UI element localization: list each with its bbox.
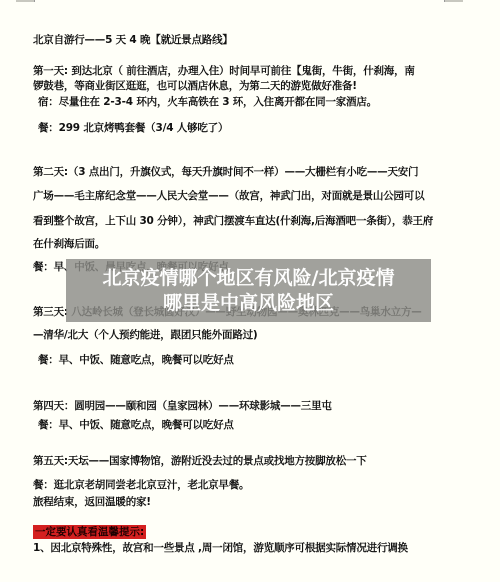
day1-lodging: 宿：尽量住在 2-3-4 环内，火车高铁在 3 环，入住离开都在同一家酒店。: [38, 96, 377, 109]
day3-meal: 餐：早、中饭、随意吃点，晚餐可以吃好点: [38, 354, 234, 367]
day5-meal: 餐：逛北京老胡同尝老北京豆汁，老北京早餐。: [33, 479, 249, 492]
day5-line1: 第五天:天坛——国家博物馆，游附近没去过的景点或找地方按脚放松一下: [33, 455, 367, 468]
trip-end: 旅程结束，返回温暖的家!: [33, 496, 151, 509]
day2-line1: 第二天:（3 点出门，升旗仪式，每天升旗时间不一样）——大栅栏有小吃——天安门: [33, 166, 418, 179]
day3-line2: —清华/北大（个人预约能进，跟团只能外面路过): [33, 329, 258, 342]
tips-heading: 一定要认真看温馨提示:: [33, 525, 146, 539]
day2-line4: 在什刹海后面。: [33, 238, 105, 251]
overlay-title-line1: 北京疫情哪个地区有风险/北京疫情: [103, 266, 395, 291]
tip-item-1: 1、因北京特殊性，故宫和一些景点 ,周一闭馆，游览顺序可根据实际情况进行调换: [33, 542, 408, 555]
day4-meal: 餐：早、中饭、随意吃点，晚餐可以吃好点: [38, 419, 234, 432]
day2-line2: 广场——毛主席纪念堂——人民大会堂——（故宫，神武门出，对面就是景山公园可以: [33, 190, 424, 203]
page-corner-mark-right: [444, 0, 463, 2]
document-title: 北京自游行——5 天 4 晚【就近景点路线】: [33, 34, 233, 47]
title-overlay-banner: 北京疫情哪个地区有风险/北京疫情 哪里是中高风险地区: [66, 259, 431, 322]
overlay-title-line2: 哪里是中高风险地区: [163, 291, 334, 316]
day1-line1: 第一天: 到达北京（ 前往酒店，办理入住）时间早可前往【鬼街，牛街，什刹海，南: [33, 65, 415, 78]
page-corner-mark-left: [16, 0, 35, 2]
day1-line2: 锣鼓巷，等商业街区逛逛，也可以酒店休息，为第二天的游览做好准备!: [33, 80, 357, 93]
day1-meal: 餐：299 北京烤鸭套餐（3/4 人够吃了）: [38, 122, 228, 135]
day2-line3: 看到整个故宫，上下山 30 分钟），神武门摆渡车直达(什刹海,后海酒吧一条街），…: [33, 215, 433, 228]
day4-line1: 第四天：圆明园——颐和园（皇家园林）——环球影城——三里屯: [33, 400, 332, 413]
